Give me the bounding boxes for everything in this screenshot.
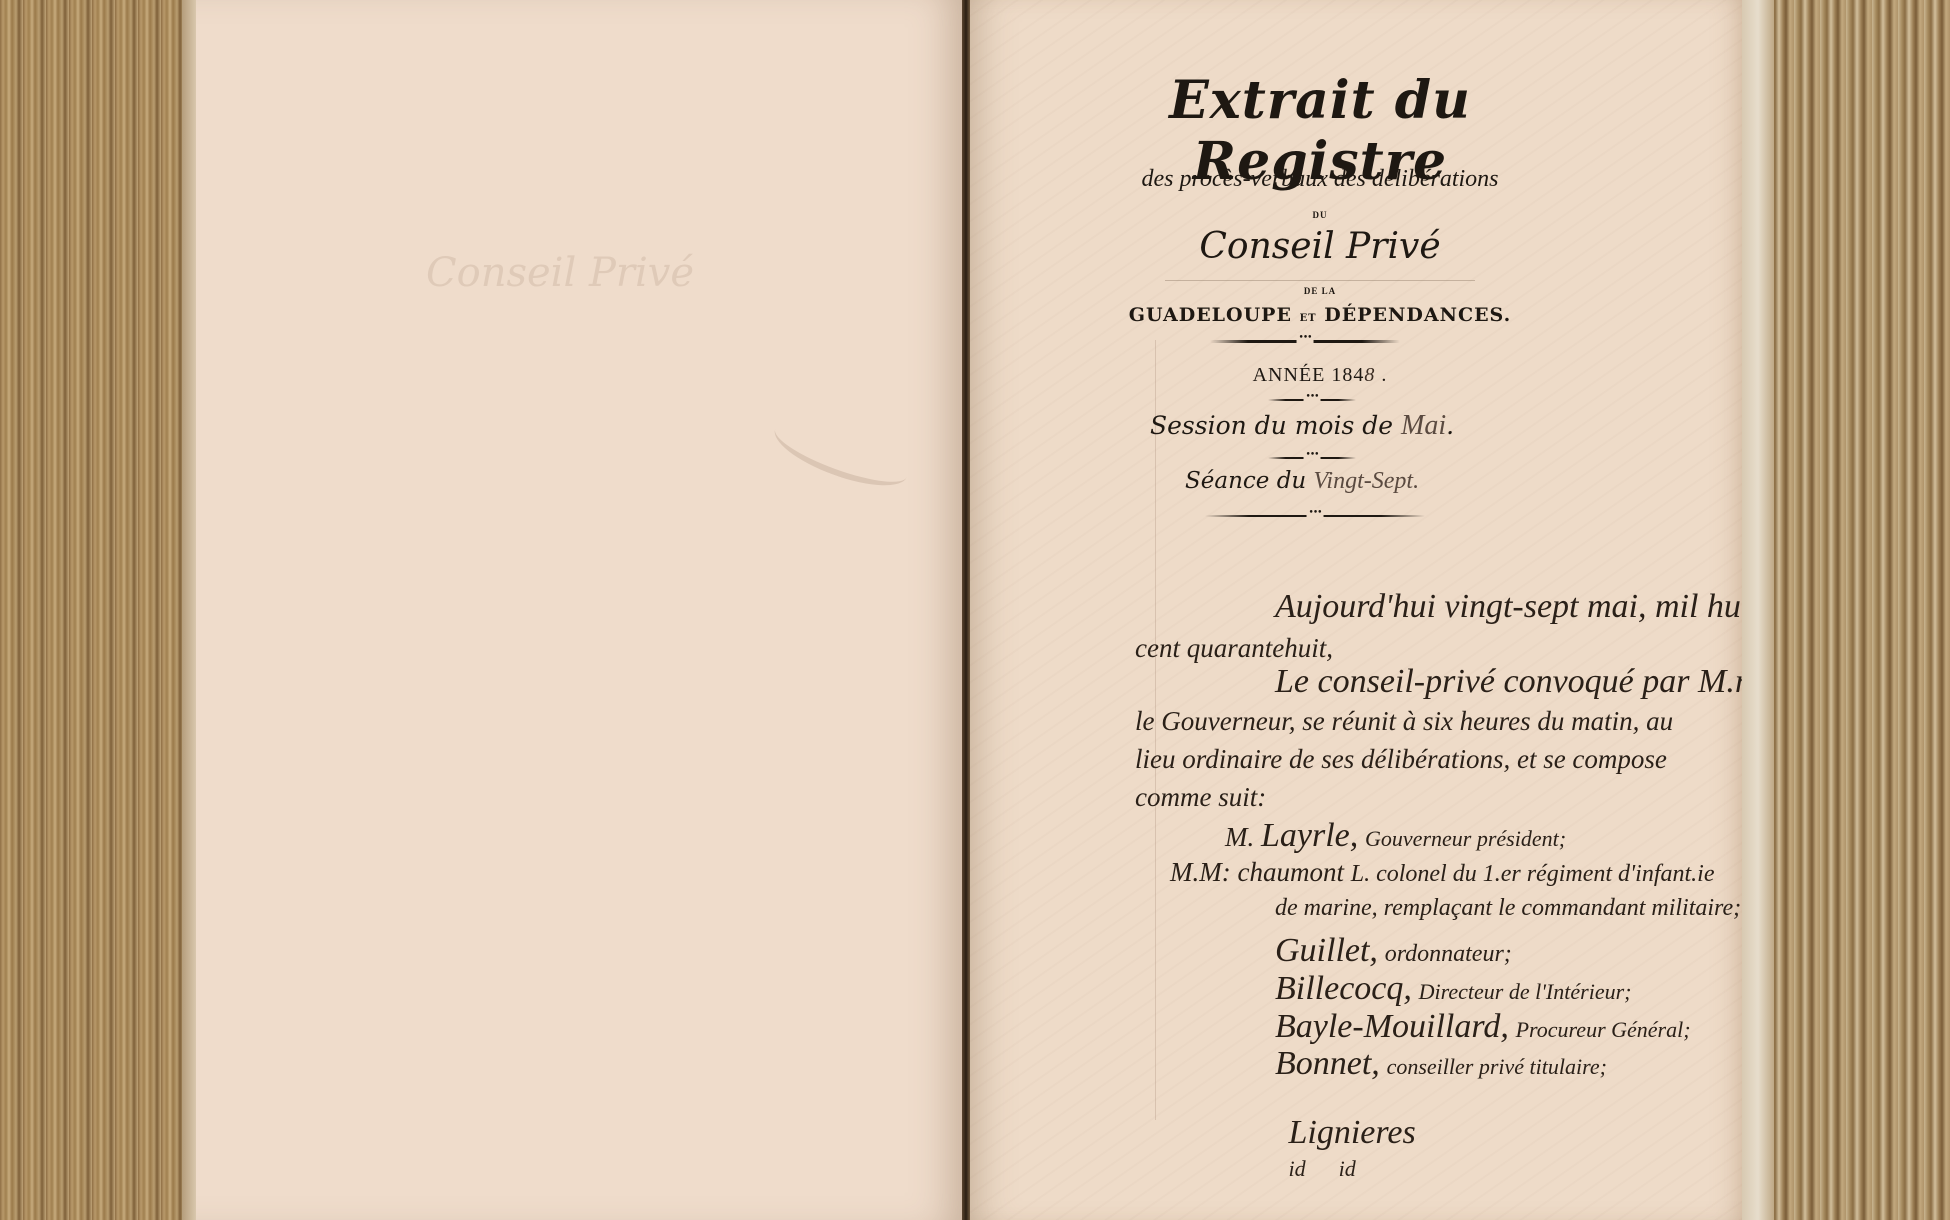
- member-name: chaumont: [1237, 857, 1343, 887]
- member-row: Bonnet, conseiller privé titulaire;: [1275, 1045, 1607, 1083]
- seance-line: Séance du Vingt-Sept.: [1185, 468, 1419, 495]
- year-line: ANNÉE 1848 .: [1240, 364, 1400, 387]
- seance-label: Séance du: [1185, 468, 1314, 494]
- body-line-6: comme suit:: [1135, 782, 1266, 813]
- ornamental-divider: [1268, 399, 1356, 401]
- year-handwritten: 8: [1364, 364, 1375, 386]
- member-role: id id: [1289, 1156, 1356, 1181]
- body-line-2: cent quarantehuit,: [1135, 633, 1333, 664]
- territory-dependances: DÉPENDANCES.: [1324, 304, 1511, 326]
- member-row-continuation: de marine, remplaçant le commandant mili…: [1275, 895, 1741, 922]
- member-name: Layrle,: [1261, 817, 1358, 854]
- body-line-1: Aujourd'hui vingt-sept mai, mil huit: [1275, 588, 1760, 626]
- member-row: Billecocq, Directeur de l'Intérieur;: [1275, 970, 1631, 1008]
- seance-day: Vingt-Sept.: [1314, 468, 1420, 494]
- member-role: Directeur de l'Intérieur;: [1419, 979, 1632, 1004]
- member-role: conseiller privé titulaire;: [1387, 1054, 1607, 1079]
- member-row: M. Layrle, Gouverneur président;: [1225, 817, 1566, 855]
- book-page-edges-left: [0, 0, 196, 1220]
- year-suffix: .: [1375, 364, 1387, 386]
- member-row: Bayle-Mouillard, Procureur Général;: [1275, 1008, 1691, 1046]
- member-role: Procureur Général;: [1516, 1017, 1691, 1042]
- body-line-3: Le conseil-privé convoqué par M.r: [1275, 663, 1748, 701]
- member-name: Bayle-Mouillard,: [1275, 1008, 1509, 1045]
- member-role: L. colonel du 1.er régiment d'infant.ie: [1351, 861, 1715, 887]
- ornamental-divider: [1268, 457, 1356, 459]
- book-page-edges-right: [1742, 0, 1950, 1220]
- session-month: Mai: [1401, 410, 1446, 441]
- member-role: Gouverneur président;: [1365, 826, 1566, 851]
- territory-heading: GUADELOUPE ET DÉPENDANCES.: [1110, 304, 1530, 326]
- session-suffix: .: [1446, 411, 1454, 440]
- label-de-la: DE LA: [1085, 286, 1555, 296]
- member-row: M.M: chaumont L. colonel du 1.er régimen…: [1170, 857, 1714, 888]
- body-line-4: le Gouverneur, se réunit à six heures du…: [1135, 706, 1673, 737]
- member-name: Guillet,: [1275, 932, 1378, 969]
- member-row: Lignieres id id: [1275, 1083, 1416, 1183]
- member-name: Bonnet,: [1275, 1045, 1380, 1082]
- ornamental-divider: [1205, 515, 1425, 517]
- body-line-5: lieu ordinaire de ses délibérations, et …: [1135, 744, 1667, 775]
- member-row: Guillet, ordonnateur;: [1275, 932, 1512, 970]
- territory-guadeloupe: GUADELOUPE: [1129, 304, 1292, 326]
- divider: [1165, 280, 1475, 281]
- member-prefix: M.: [1225, 822, 1254, 852]
- label-du: DU: [1085, 210, 1555, 220]
- book-gutter: [962, 0, 970, 1220]
- left-page-blank: Conseil Privé: [196, 0, 962, 1220]
- member-name: Billecocq,: [1275, 970, 1412, 1007]
- document-subtitle: des procès-verbaux des délibérations: [1085, 166, 1555, 193]
- year-label: ANNÉE 184: [1253, 364, 1365, 386]
- ornamental-divider: [1210, 340, 1400, 343]
- member-role: ordonnateur;: [1385, 941, 1512, 967]
- session-line: Session du mois de Mai.: [1150, 410, 1454, 442]
- paper-stain: [767, 407, 914, 498]
- member-name: Lignieres: [1289, 1114, 1416, 1151]
- session-label: Session du mois de: [1150, 411, 1401, 440]
- member-prefix: M.M:: [1170, 857, 1231, 887]
- council-name: Conseil Privé: [1085, 226, 1555, 267]
- show-through-text: Conseil Privé: [426, 250, 694, 296]
- territory-et: ET: [1300, 313, 1317, 324]
